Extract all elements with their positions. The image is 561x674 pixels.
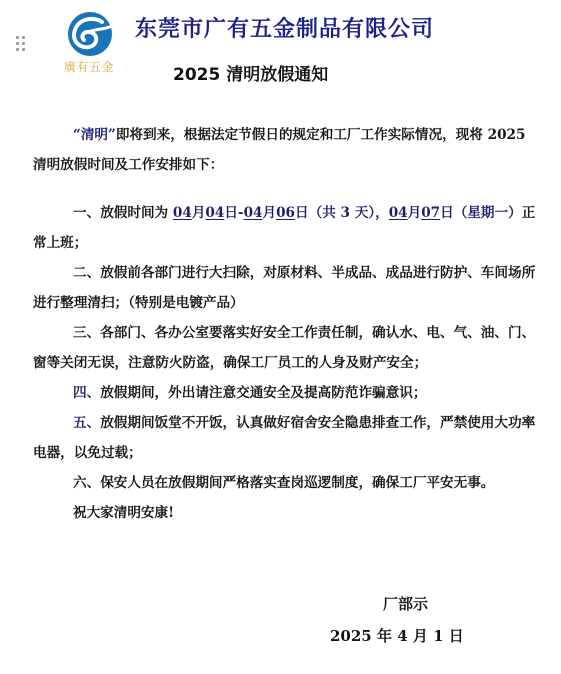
sign-date: 2025 年 4 月 1 日	[330, 625, 464, 646]
item-number: 二、	[73, 265, 100, 281]
drag-handle-icon[interactable]	[16, 36, 26, 52]
item-text: 放假前各部门进行大扫除，对原材料、半成品、成品进行防护、车间	[100, 265, 508, 281]
unit-day: 日	[295, 205, 309, 221]
weekday: （星期一）	[454, 205, 522, 221]
quote-open: “	[73, 127, 81, 143]
logo-text: 廣有五金	[56, 58, 122, 75]
notice-body: “清明”即将到来，根据法定节假日的规定和工厂工作实际情况，现将 2025 清明放…	[33, 120, 538, 528]
return-month: 04	[389, 205, 408, 221]
quote-close: ”	[108, 127, 116, 143]
return-day: 07	[421, 205, 440, 221]
intro-paragraph: “清明”即将到来，根据法定节假日的规定和工厂工作实际情况，现将 2025 清明放…	[33, 120, 538, 180]
signature: 厂部示	[383, 593, 428, 614]
item-3: 三、各部门、各办公室要落实好安全工作责任制，确认水、电、气、油、门、窗等关闭无误…	[33, 318, 538, 378]
start-month: 04	[173, 205, 192, 221]
item-5: 五、放假期间饭堂不开饭，认真做好宿舍安全隐患排查工作，严禁使用大功率电器，以免过…	[33, 408, 538, 468]
item-text: 保安人员在放假期间严格落实查岗巡逻制度，确保工厂平安无事。	[100, 475, 494, 491]
unit-day: 日-	[224, 205, 243, 221]
item-text: 各部门、各办公室要落实好安全工作责任制，确认水、电、气、油、	[100, 325, 508, 341]
duration: （共 3 天），	[309, 205, 389, 221]
item-number: 六、	[73, 475, 100, 491]
item-number: 四、	[73, 385, 100, 401]
item-number: 一、	[73, 205, 100, 221]
item-text: 放假期间，外出请注意交通安全及提高防范诈骗意识；	[100, 385, 426, 401]
item-text: 放假时间为	[100, 205, 168, 221]
item-number: 三、	[73, 325, 100, 341]
unit-month: 月	[192, 205, 206, 221]
start-day: 04	[205, 205, 224, 221]
unit-day: 日	[440, 205, 454, 221]
unit-month: 月	[263, 205, 277, 221]
end-month: 04	[244, 205, 263, 221]
closing-greeting: 祝大家清明安康!	[33, 498, 538, 528]
item-4: 四、放假期间，外出请注意交通安全及提高防范诈骗意识；	[33, 378, 538, 408]
item-6: 六、保安人员在放假期间严格落实查岗巡逻制度，确保工厂平安无事。	[33, 468, 538, 498]
holiday-name: 清明	[81, 127, 108, 143]
intro-text: 即将到来，根据法定节假日的规定和工厂工作实际情	[116, 127, 429, 143]
item-2: 二、放假前各部门进行大扫除，对原材料、半成品、成品进行防护、车间场所进行整理清扫…	[33, 258, 538, 318]
company-name: 东莞市广有五金制品有限公司	[135, 12, 434, 43]
item-text: 放假期间饭堂不开饭，认真做好宿舍安全隐患排查工作，严禁使用大	[100, 415, 508, 431]
page-title: 2025 清明放假通知	[173, 60, 328, 85]
unit-month: 月	[408, 205, 422, 221]
item-1: 一、放假时间为 04月04日-04月06日（共 3 天），04月07日（星期一）…	[33, 198, 538, 258]
end-day: 06	[276, 205, 295, 221]
item-number: 五、	[73, 415, 100, 431]
